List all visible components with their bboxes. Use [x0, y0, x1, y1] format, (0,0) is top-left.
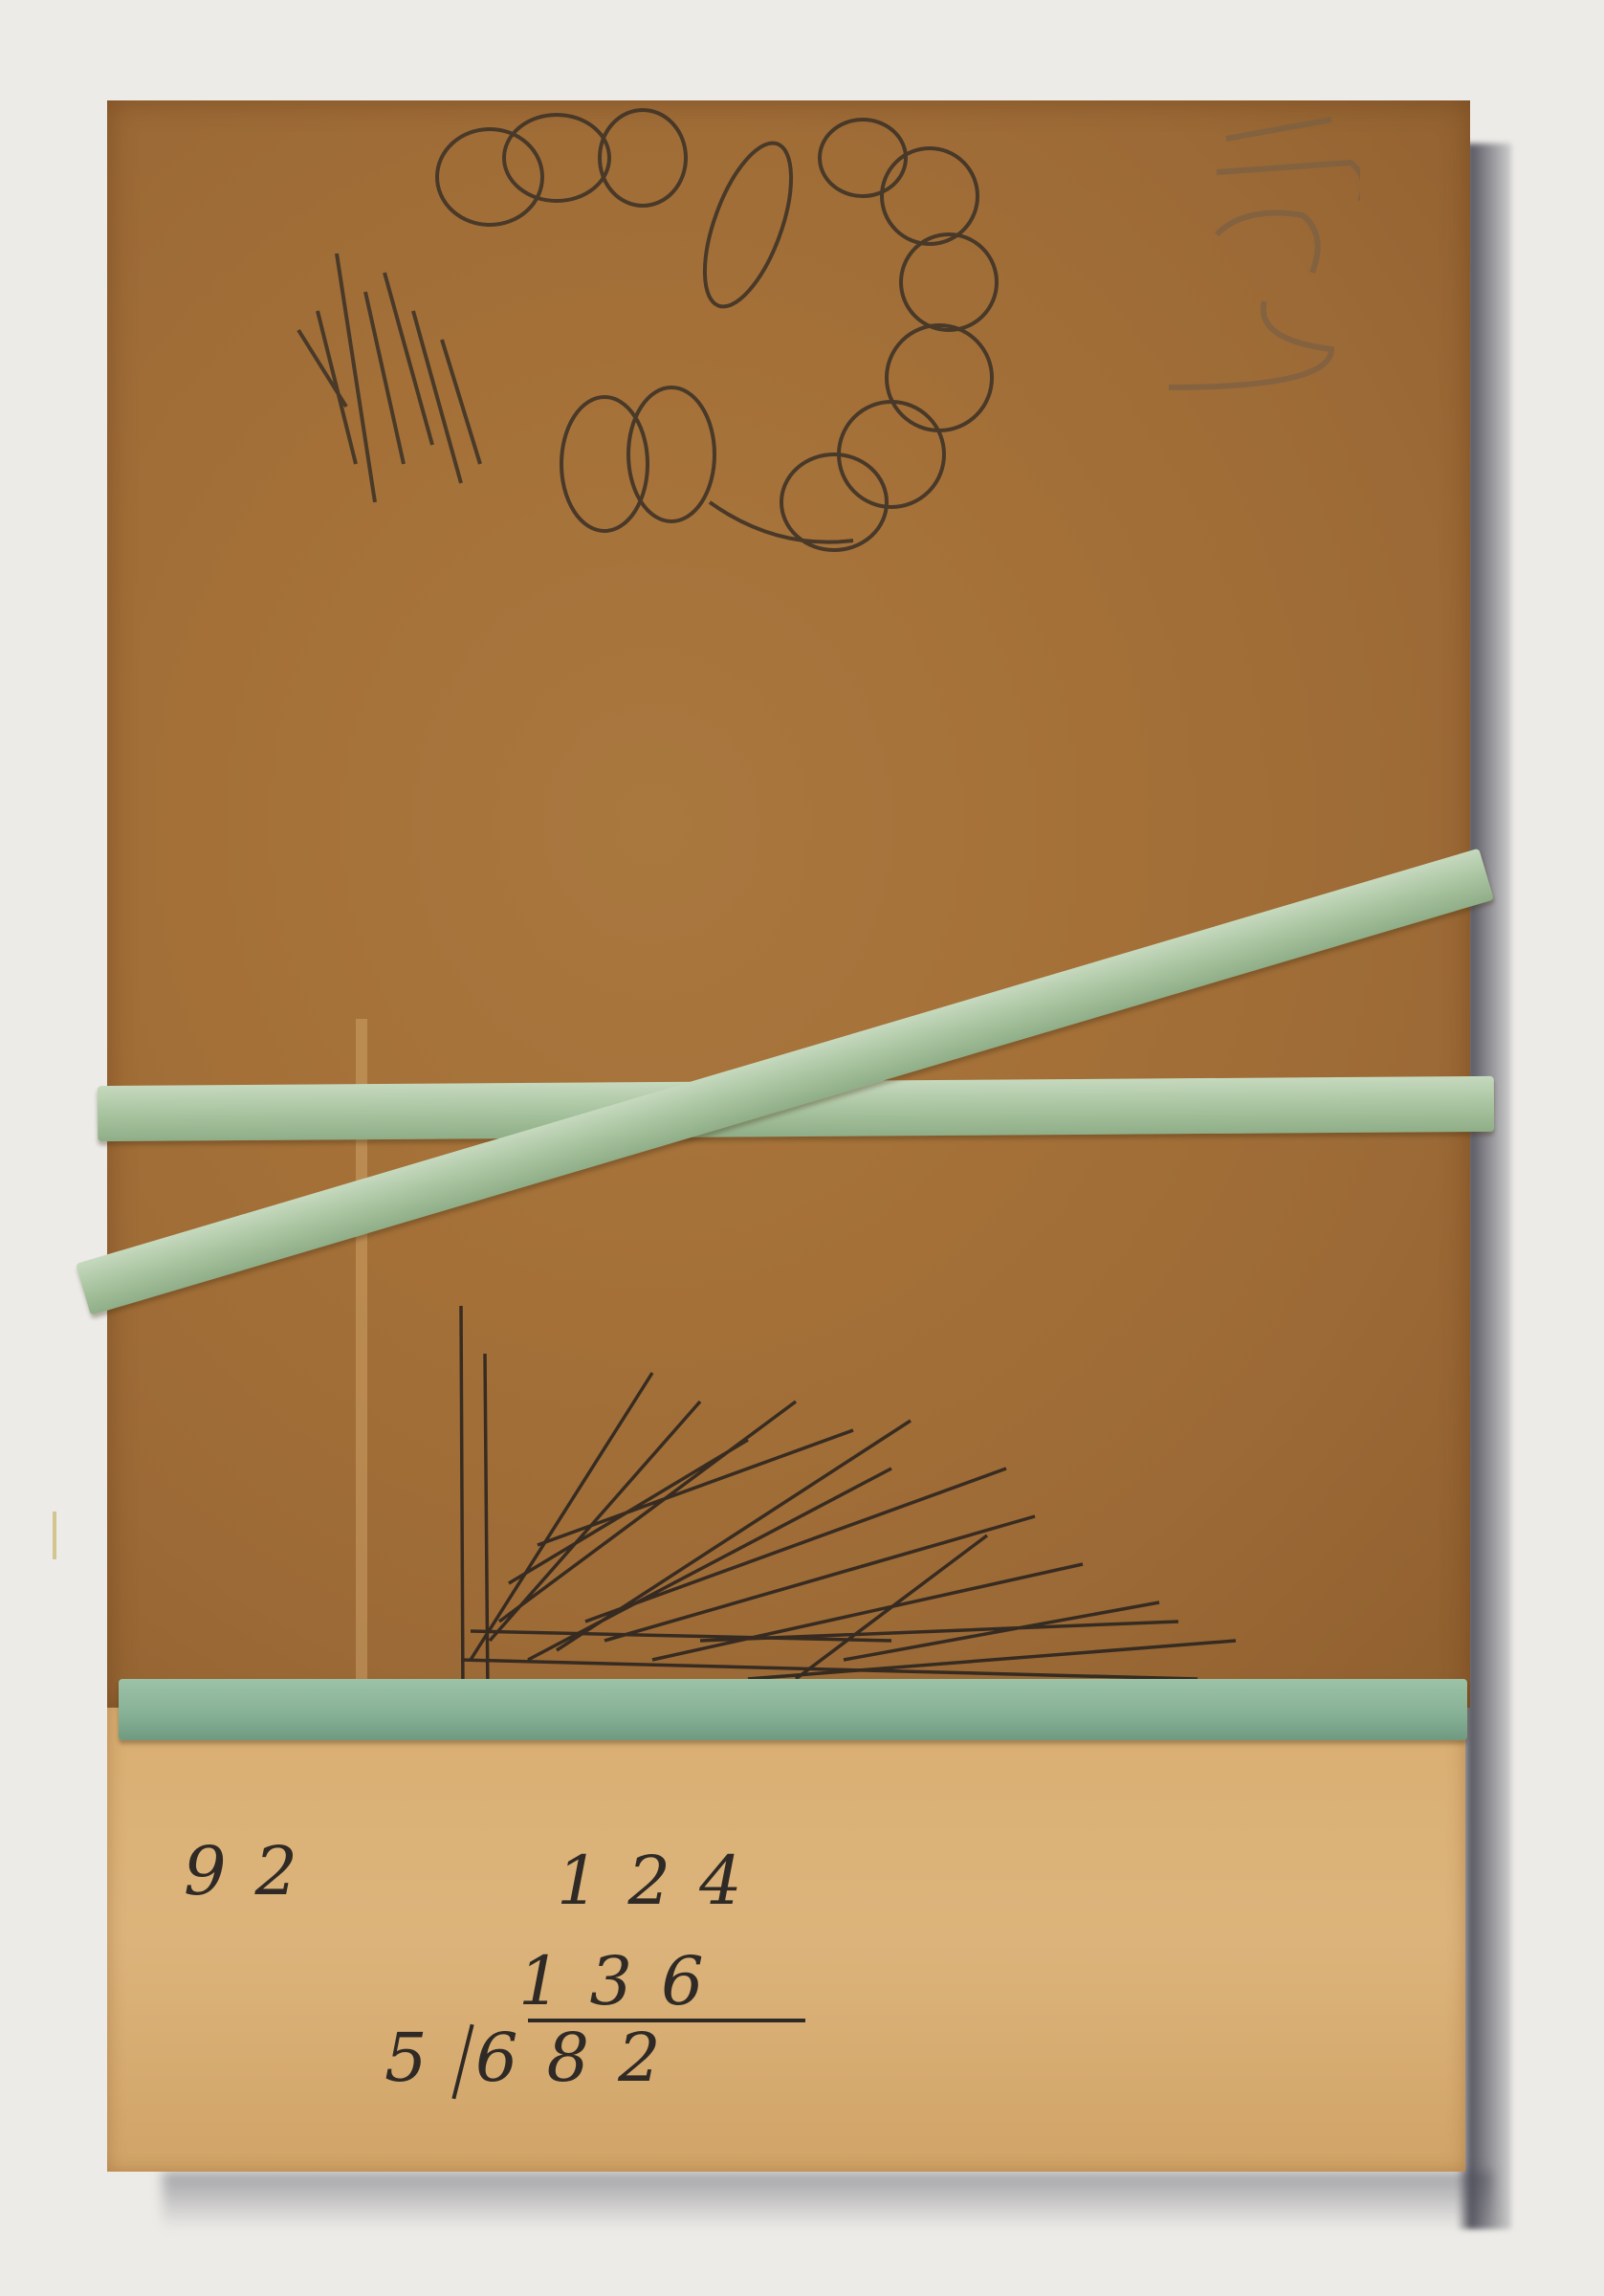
dividend: 682 [475, 2019, 690, 2097]
number-92: 92 [184, 1832, 326, 1910]
paper-packet: 92 124 136 5 682 [107, 100, 1470, 2172]
divisor: 5 [385, 2019, 456, 2097]
packet-shadow-bottom [163, 2172, 1492, 2229]
margin-mark [53, 1512, 56, 1559]
quotient: 136 [518, 1942, 733, 2020]
number-124: 124 [557, 1842, 771, 1920]
grass-sketch-drawing [413, 1181, 1322, 1717]
lower-paper-sheet: 92 124 136 5 682 [107, 1698, 1465, 2172]
faint-side-writing [1111, 100, 1360, 407]
upper-paper-sheet [107, 100, 1470, 1708]
loop-scribble-drawing [241, 100, 1150, 636]
green-band-bottom [119, 1679, 1467, 1740]
